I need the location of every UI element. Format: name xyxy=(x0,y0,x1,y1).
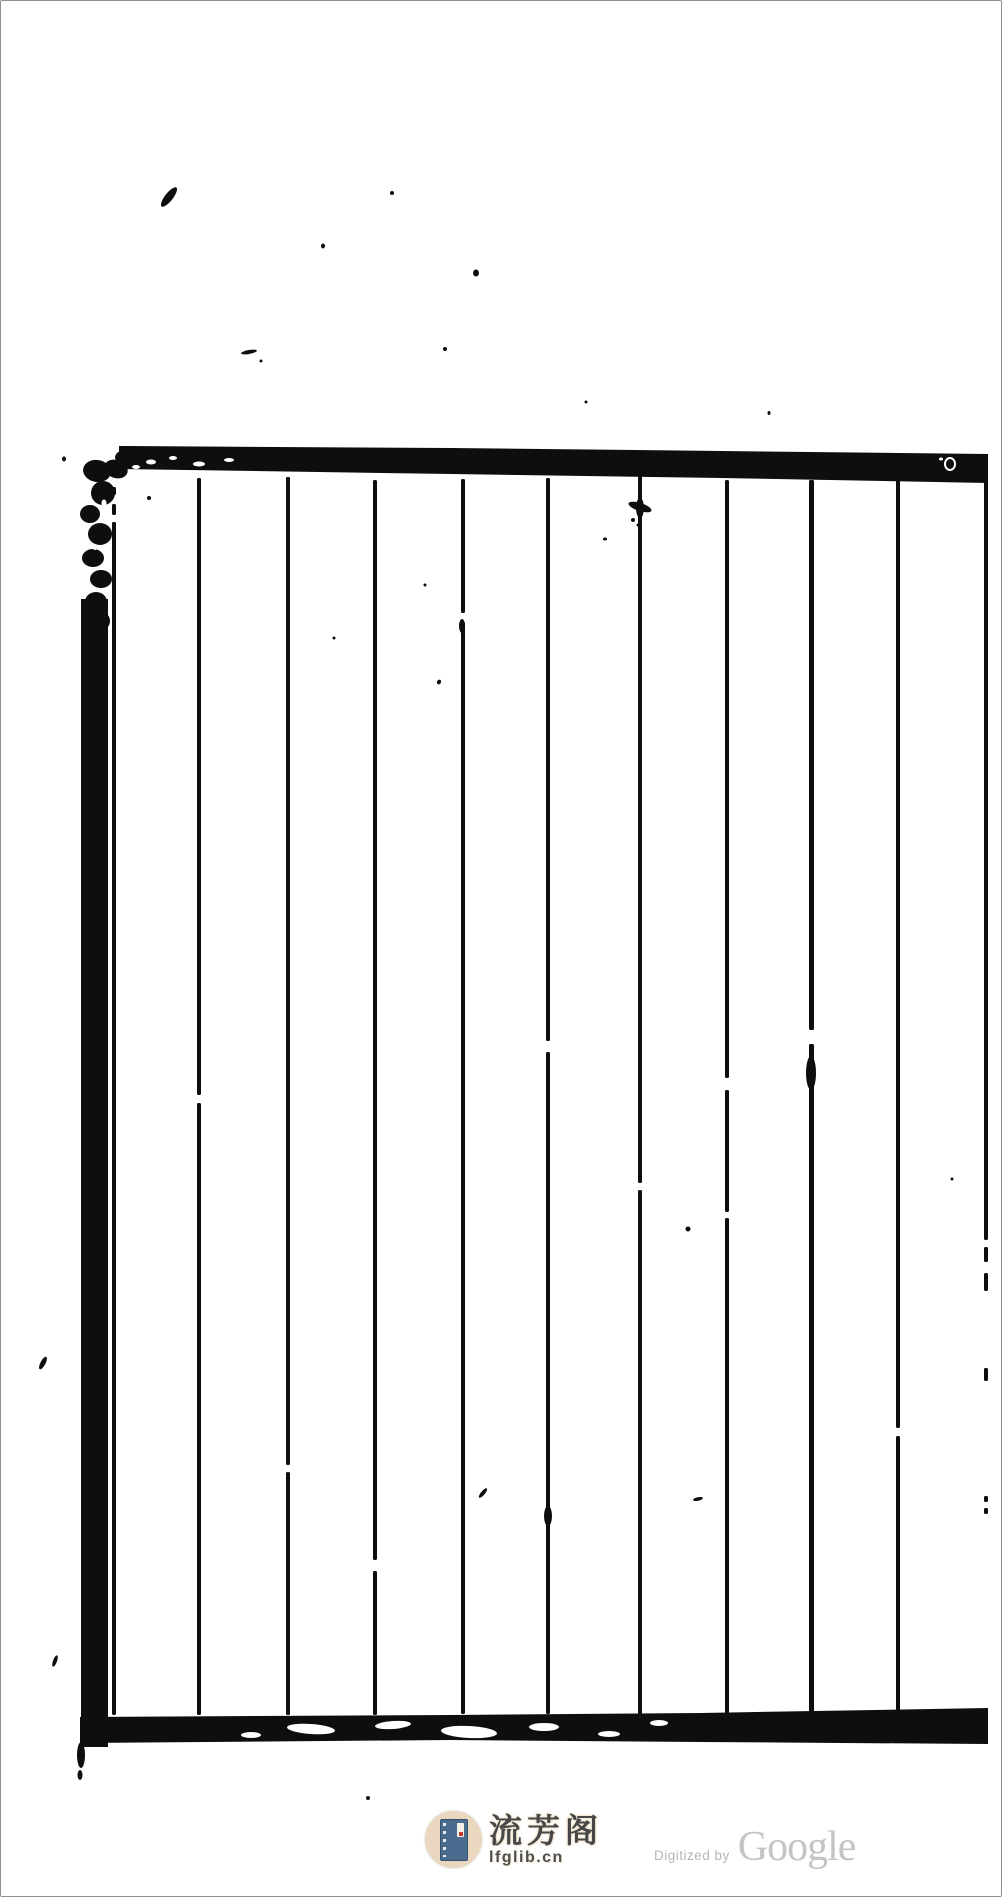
book-icon xyxy=(440,1819,468,1861)
ink-blot xyxy=(88,523,112,545)
ink-blot xyxy=(366,1796,370,1800)
column-rule-line xyxy=(373,480,377,1560)
ink-blot xyxy=(82,549,104,567)
scan-art xyxy=(1,1,1002,1897)
column-rule-line xyxy=(725,1218,729,1714)
column-rule-line xyxy=(896,480,900,1428)
ink-blot xyxy=(478,1487,489,1499)
ink-blot xyxy=(631,518,635,522)
ink-blot xyxy=(373,1573,377,1581)
lfglib-domain: lfglib.cn xyxy=(489,1850,603,1866)
ink-blot xyxy=(88,611,110,631)
scanned-book-page: 流芳阁 lfglib.cn Digitized by Google xyxy=(0,0,1002,1897)
column-rule-line xyxy=(984,1273,988,1291)
lfglib-watermark: 流芳阁 lfglib.cn xyxy=(425,1811,603,1868)
red-seal-icon xyxy=(459,1832,463,1836)
column-rule-line xyxy=(984,1247,988,1262)
ink-blot xyxy=(603,538,607,541)
paper-gap xyxy=(224,458,234,462)
ink-blot xyxy=(443,347,447,351)
lfglib-title: 流芳阁 xyxy=(489,1814,603,1847)
ink-blot xyxy=(38,1356,49,1371)
paper-gap xyxy=(102,500,107,507)
ink-blot xyxy=(51,1655,59,1668)
ink-blot xyxy=(158,185,179,209)
paper-gap xyxy=(939,458,943,461)
digitized-by-text: Digitized by xyxy=(654,1848,730,1863)
column-rule-line xyxy=(984,1496,988,1502)
ink-blot xyxy=(636,498,644,518)
column-rule-line xyxy=(461,479,465,613)
paper-gap xyxy=(241,1732,261,1738)
ink-blot xyxy=(585,401,588,404)
ink-blot xyxy=(147,496,151,500)
column-rule-line xyxy=(112,522,116,1715)
column-rule-line xyxy=(546,478,550,1041)
ink-blot xyxy=(951,1178,954,1181)
column-rule-line xyxy=(461,622,465,1714)
column-rule-line xyxy=(809,1044,814,1714)
book-title-label-icon xyxy=(457,1823,464,1837)
ink-blot xyxy=(333,637,336,640)
ink-blot xyxy=(637,524,640,527)
paper-gap xyxy=(529,1723,559,1731)
google-watermark: Digitized by Google xyxy=(654,1823,855,1871)
ink-blot xyxy=(90,570,112,588)
column-rule-line xyxy=(984,1368,988,1381)
paper-gap xyxy=(132,465,140,469)
column-rule-line xyxy=(373,1571,377,1715)
paper-gap xyxy=(650,1720,668,1726)
column-rule-line xyxy=(725,1090,729,1212)
column-rule-line xyxy=(197,478,201,1095)
column-rule-line xyxy=(286,477,290,1465)
ink-blot xyxy=(806,1056,816,1090)
ink-blot xyxy=(62,457,66,462)
ink-blot xyxy=(241,349,257,356)
paper-gap xyxy=(598,1731,620,1737)
column-rule-line xyxy=(638,475,642,1183)
google-logo: Google xyxy=(738,1823,856,1871)
frame-left-border xyxy=(81,599,108,1747)
paper-gap xyxy=(169,456,177,460)
ink-blot xyxy=(78,1770,83,1780)
ink-blot xyxy=(85,592,107,612)
ink-blot xyxy=(424,584,427,587)
paper-gap xyxy=(93,544,98,550)
ink-blot xyxy=(544,1506,552,1526)
ink-blot xyxy=(260,360,263,363)
column-rule-line xyxy=(286,1472,290,1715)
book-stitching-icon xyxy=(443,1823,446,1857)
paper-gap xyxy=(193,462,205,467)
column-rule-line xyxy=(638,1190,642,1714)
lfglib-logo-icon xyxy=(425,1811,482,1868)
column-rule-line xyxy=(197,1103,201,1715)
column-rule-line xyxy=(112,504,116,515)
column-rule-line xyxy=(896,1436,900,1714)
column-rule-line xyxy=(984,1508,988,1514)
ink-blot xyxy=(768,411,771,415)
paper-gap xyxy=(146,460,156,465)
lfglib-watermark-text: 流芳阁 lfglib.cn xyxy=(489,1814,603,1866)
column-rule-line xyxy=(984,478,988,1240)
ink-blot xyxy=(459,619,465,633)
ink-blot xyxy=(163,448,195,464)
frame-top-border xyxy=(119,446,988,483)
column-rule-line xyxy=(809,480,814,1030)
column-rule-line xyxy=(725,480,729,1078)
ink-blot xyxy=(473,270,479,277)
column-rule-line xyxy=(546,1052,550,1714)
ink-blot xyxy=(686,1227,691,1232)
ink-blot xyxy=(321,244,325,249)
ink-blot xyxy=(80,505,100,523)
ink-blot xyxy=(436,679,442,685)
ink-blot xyxy=(390,191,394,195)
ink-blot xyxy=(77,1742,85,1768)
ink-blot xyxy=(693,1496,704,1502)
